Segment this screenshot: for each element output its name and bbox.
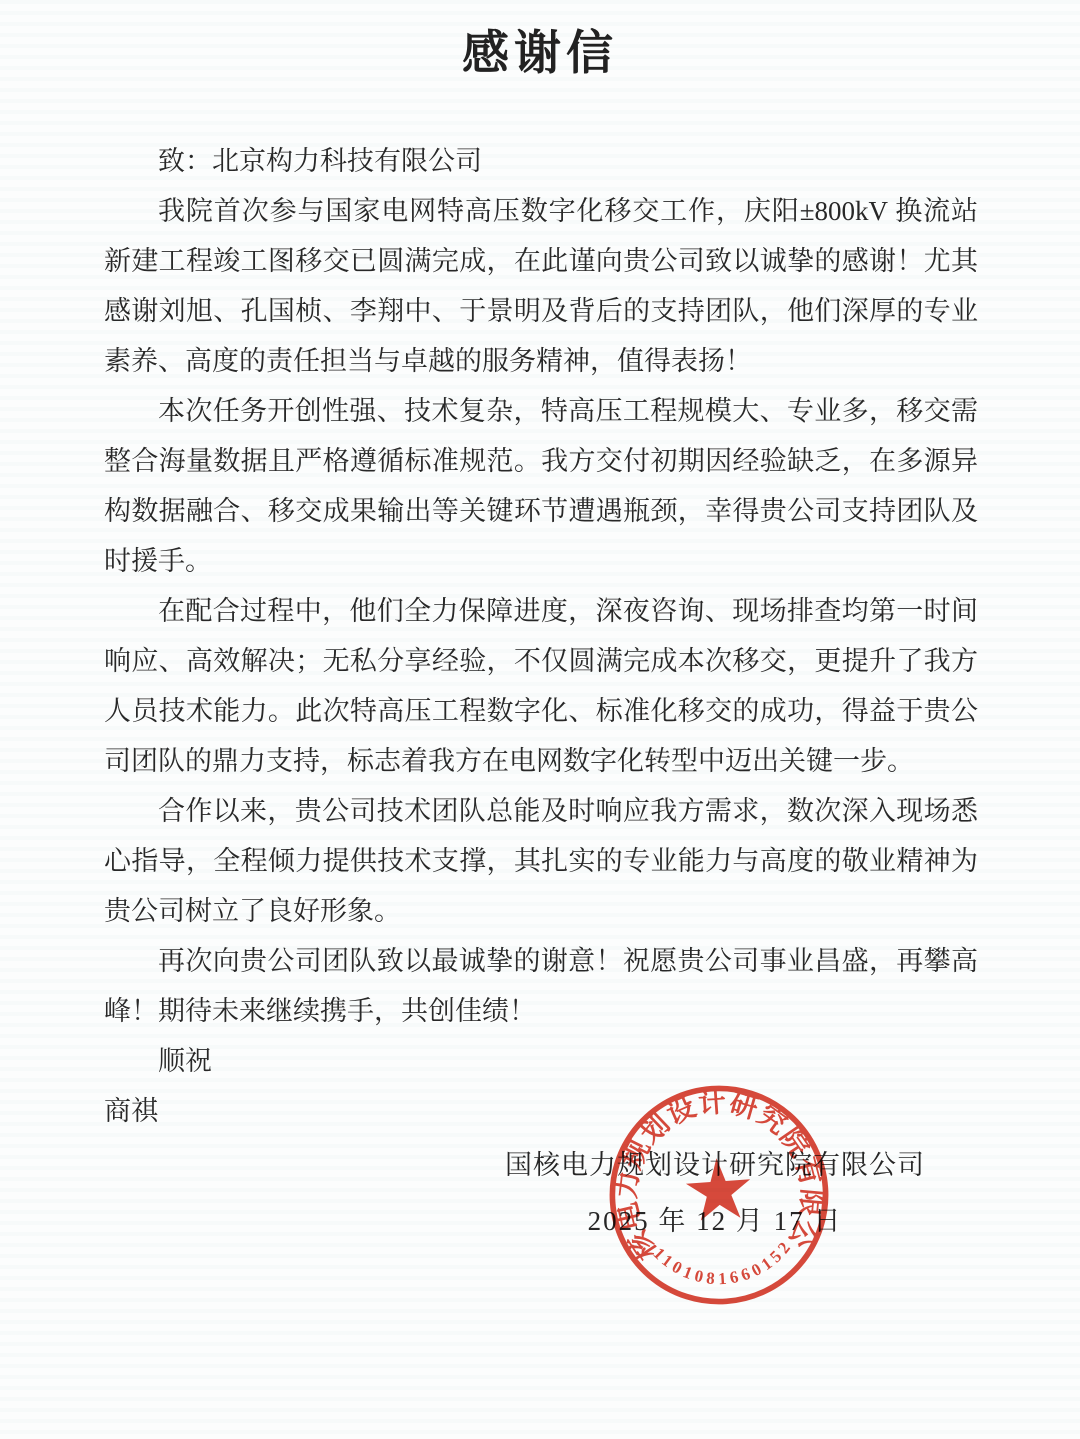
letter-title: 感谢信 bbox=[0, 26, 1080, 80]
signature-date: 2025 年 12 月 17 日 bbox=[488, 1203, 942, 1239]
paragraph-5: 再次向贵公司团队致以最诚挚的谢意！祝愿贵公司事业昌盛，再攀高峰！期待未来继续携手… bbox=[104, 936, 978, 1036]
closing-wish: 顺祝 bbox=[104, 1036, 978, 1086]
letter-page: 感谢信 致：北京构力科技有限公司 我院首次参与国家电网特高压数字化移交工作，庆阳… bbox=[0, 0, 1080, 1439]
closing-regards: 商祺 bbox=[104, 1086, 978, 1136]
seal-code-text: 1101081660152 bbox=[649, 1234, 799, 1293]
salutation: 致：北京构力科技有限公司 bbox=[104, 136, 978, 186]
signature-company: 国核电力规划设计研究院有限公司 bbox=[488, 1147, 942, 1183]
paragraph-3: 在配合过程中，他们全力保障进度，深夜咨询、现场排查均第一时间响应、高效解决；无私… bbox=[104, 586, 978, 786]
signature-block: 国核电力规划设计研究院有限公司 2025 年 12 月 17 日 bbox=[488, 1147, 942, 1239]
letter-body: 致：北京构力科技有限公司 我院首次参与国家电网特高压数字化移交工作，庆阳±800… bbox=[104, 136, 978, 1136]
paragraph-1: 我院首次参与国家电网特高压数字化移交工作，庆阳±800kV 换流站新建工程竣工图… bbox=[104, 186, 978, 386]
paragraph-4: 合作以来，贵公司技术团队总能及时响应我方需求，数次深入现场悉心指导，全程倾力提供… bbox=[104, 786, 978, 936]
paragraph-2: 本次任务开创性强、技术复杂，特高压工程规模大、专业多，移交需整合海量数据且严格遵… bbox=[104, 386, 978, 586]
